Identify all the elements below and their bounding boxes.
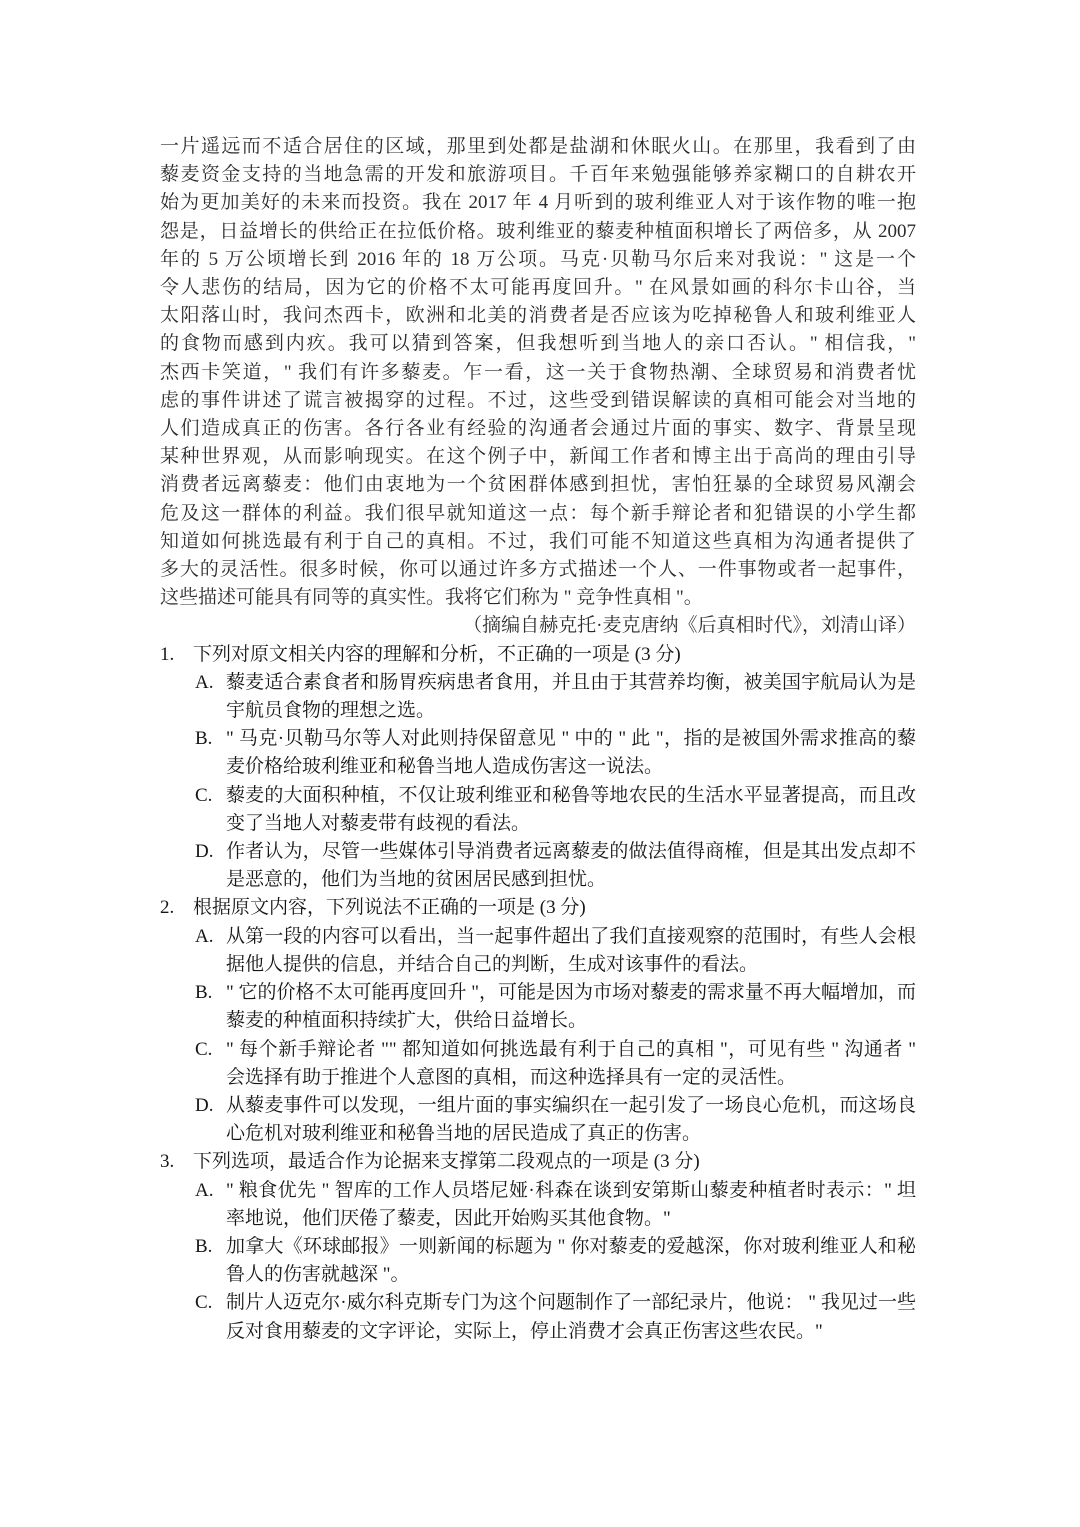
option-row: B. " 马克·贝勒马尔等人对此则持保留意见 " 中的 " 此 "，指的是被国外… [195,725,916,781]
option-row: B. " 它的价格不太可能再度回升 "，可能是因为市场对藜麦的需求量不再大幅增加… [195,979,916,1035]
option-row: A. 藜麦适合素食者和肠胃疾病患者食用，并且由于其营养均衡，被美国宇航局认为是宇… [195,669,916,725]
question-number: 2. [160,894,193,922]
option-text: 作者认为，尽管一些媒体引导消费者远离藜麦的做法值得商榷，但是其出发点却不是恶意的… [226,838,916,894]
option-row: B. 加拿大《环球邮报》一则新闻的标题为 " 你对藜麦的爱越深，你对玻利维亚人和… [195,1233,916,1289]
option-row: D. 作者认为，尽管一些媒体引导消费者远离藜麦的做法值得商榷，但是其出发点却不是… [195,838,916,894]
passage-line: 年的 5 万公顷增长到 2016 年的 18 万公项。马克·贝勒马尔后来对我说：… [160,246,916,274]
passage: 一片遥远而不适合居住的区域，那里到处都是盐湖和休眠火山。在那里，我看到了由 藜麦… [160,133,916,641]
passage-line: 藜麦资金支持的当地急需的开发和旅游项目。千百年来勉强能够养家糊口的自耕农开 [160,161,916,189]
question-stem: 3. 下列选项，最适合作为论据来支撑第二段观点的一项是 (3 分) [160,1148,916,1176]
passage-line: 一片遥远而不适合居住的区域，那里到处都是盐湖和休眠火山。在那里，我看到了由 [160,133,916,161]
passage-line: 太阳落山时，我问杰西卡，欧洲和北美的消费者是否应该为吃掉秘鲁人和玻利维亚人 [160,302,916,330]
option-letter: B. [195,725,226,781]
question-number: 3. [160,1148,193,1176]
question-stem-text: 下列选项，最适合作为论据来支撑第二段观点的一项是 (3 分) [193,1148,916,1176]
passage-line: 令人悲伤的结局，因为它的价格不太可能再度回升。" 在风景如画的科尔卡山谷，当 [160,274,916,302]
option-letter: C. [195,1289,226,1345]
passage-line: 这些描述可能具有同等的真实性。我将它们称为 " 竞争性真相 "。 [160,584,916,612]
exam-page: 一片遥远而不适合居住的区域，那里到处都是盐湖和休眠火山。在那里，我看到了由 藜麦… [0,0,1080,1527]
passage-line: 始为更加美好的未来而投资。我在 2017 年 4 月听到的玻利维亚人对于该作物的… [160,189,916,217]
option-row: A. 从第一段的内容可以看出，当一起事件超出了我们直接观察的范围时，有些人会根据… [195,923,916,979]
option-row: D. 从藜麦事件可以发现，一组片面的事实编织在一起引发了一场良心危机，而这场良心… [195,1092,916,1148]
question-number: 1. [160,641,193,669]
question-stem-text: 下列对原文相关内容的理解和分析，不正确的一项是 (3 分) [193,641,916,669]
option-text: 从第一段的内容可以看出，当一起事件超出了我们直接观察的范围时，有些人会根据他人提… [226,923,916,979]
option-text: 加拿大《环球邮报》一则新闻的标题为 " 你对藜麦的爱越深，你对玻利维亚人和秘鲁人… [226,1233,916,1289]
option-letter: B. [195,979,226,1035]
passage-line: 消费者远离藜麦：他们由衷地为一个贫困群体感到担忧，害怕狂暴的全球贸易风潮会 [160,471,916,499]
option-letter: A. [195,669,226,725]
passage-attribution: （摘编自赫克托·麦克唐纳《后真相时代》，刘清山译） [160,612,916,640]
passage-line: 危及这一群体的利益。我们很早就知道这一点：每个新手辩论者和犯错误的小学生都 [160,500,916,528]
option-letter: C. [195,782,226,838]
option-row: C. " 每个新手辩论者 "" 都知道如何挑选最有利于自己的真相 "，可见有些 … [195,1036,916,1092]
option-letter: A. [195,1177,226,1233]
option-row: C. 藜麦的大面积种植，不仅让玻利维亚和秘鲁等地农民的生活水平显著提高，而且改变… [195,782,916,838]
question-2: 2. 根据原文内容，下列说法不正确的一项是 (3 分) A. 从第一段的内容可以… [160,894,916,1148]
option-text: " 粮食优先 " 智库的工作人员塔尼娅·科森在谈到安第斯山藜麦种植者时表示：" … [226,1177,916,1233]
option-text: 藜麦的大面积种植，不仅让玻利维亚和秘鲁等地农民的生活水平显著提高，而且改变了当地… [226,782,916,838]
option-letter: D. [195,1092,226,1148]
passage-line: 知道如何挑选最有利于自己的真相。不过，我们可能不知道这些真相为沟通者提供了 [160,528,916,556]
option-row: C. 制片人迈克尔·威尔科克斯专门为这个问题制作了一部纪录片，他说： " 我见过… [195,1289,916,1345]
option-text: 藜麦适合素食者和肠胃疾病患者食用，并且由于其营养均衡，被美国宇航局认为是宇航员食… [226,669,916,725]
question-3: 3. 下列选项，最适合作为论据来支撑第二段观点的一项是 (3 分) A. " 粮… [160,1148,916,1345]
option-text: " 每个新手辩论者 "" 都知道如何挑选最有利于自己的真相 "，可见有些 " 沟… [226,1036,916,1092]
option-text: " 它的价格不太可能再度回升 "，可能是因为市场对藜麦的需求量不再大幅增加，而藜… [226,979,916,1035]
option-letter: B. [195,1233,226,1289]
option-text: " 马克·贝勒马尔等人对此则持保留意见 " 中的 " 此 "，指的是被国外需求推… [226,725,916,781]
option-text: 从藜麦事件可以发现，一组片面的事实编织在一起引发了一场良心危机，而这场良心危机对… [226,1092,916,1148]
passage-line: 虑的事件讲述了谎言被揭穿的过程。不过，这些受到错误解读的真相可能会对当地的 [160,387,916,415]
passage-line: 杰西卡笑道，" 我们有许多藜麦。乍一看，这一关于食物热潮、全球贸易和消费者忧 [160,359,916,387]
option-text: 制片人迈克尔·威尔科克斯专门为这个问题制作了一部纪录片，他说： " 我见过一些反… [226,1289,916,1345]
passage-line: 怨是，日益增长的供给正在拉低价格。玻利维亚的藜麦种植面积增长了两倍多，从 200… [160,218,916,246]
passage-line: 人们造成真正的伤害。各行各业有经验的沟通者会通过片面的事实、数字、背景呈现 [160,415,916,443]
passage-line: 多大的灵活性。很多时候，你可以通过许多方式描述一个人、一件事物或者一起事件， [160,556,916,584]
passage-line: 某种世界观，从而影响现实。在这个例子中，新闻工作者和博主出于高尚的理由引导 [160,443,916,471]
question-stem: 2. 根据原文内容，下列说法不正确的一项是 (3 分) [160,894,916,922]
option-row: A. " 粮食优先 " 智库的工作人员塔尼娅·科森在谈到安第斯山藜麦种植者时表示… [195,1177,916,1233]
question-stem-text: 根据原文内容，下列说法不正确的一项是 (3 分) [193,894,916,922]
option-letter: D. [195,838,226,894]
question-1: 1. 下列对原文相关内容的理解和分析，不正确的一项是 (3 分) A. 藜麦适合… [160,641,916,895]
option-letter: A. [195,923,226,979]
passage-line: 的食物而感到内疚。我可以猜到答案，但我想听到当地人的亲口否认。" 相信我，" [160,330,916,358]
question-stem: 1. 下列对原文相关内容的理解和分析，不正确的一项是 (3 分) [160,641,916,669]
option-letter: C. [195,1036,226,1092]
